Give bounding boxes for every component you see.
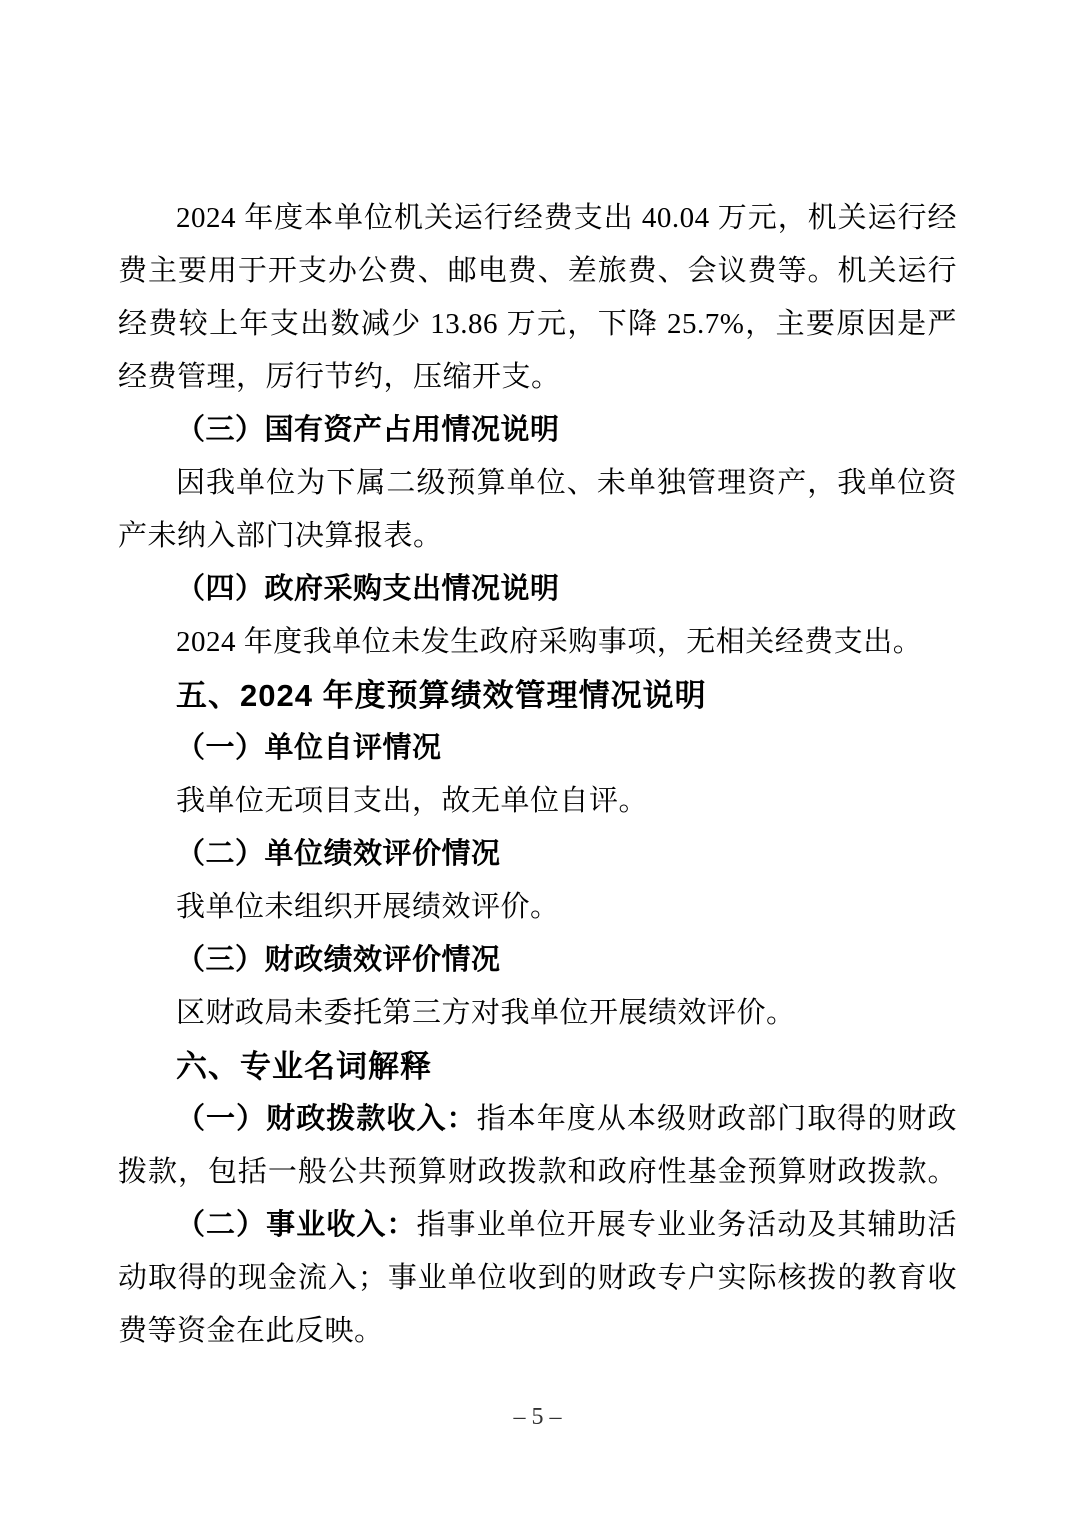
text-line: 我单位未组织开展绩效评价。: [118, 881, 957, 934]
subheading-state-assets: （三）国有资产占用情况说明: [118, 404, 957, 457]
text-line: 产未纳入部门决算报表。: [118, 510, 957, 563]
page-number: – 5 –: [514, 1404, 562, 1430]
text-line: 我单位无项目支出，故无单位自评。: [118, 775, 957, 828]
text-line: 经费管理，厉行节约，压缩开支。: [118, 351, 957, 404]
text-line: 拨款，包括一般公共预算财政拨款和政府性基金预算财政拨款。: [118, 1146, 957, 1199]
page-footer: – 5 –: [0, 1402, 1075, 1432]
term-definition-fiscal-appropriation: （一）财政拨款收入：指本年度从本级财政部门取得的财政: [118, 1093, 957, 1146]
text-line: 动取得的现金流入；事业单位收到的财政专户实际核拨的教育收: [118, 1252, 957, 1305]
text-line: 经费较上年支出数减少 13.86 万元，下降 25.7%，主要原因是严格: [118, 298, 957, 351]
term-label: （一）财政拨款收入：: [176, 1103, 477, 1135]
document-page: 2024 年度本单位机关运行经费支出 40.04 万元，机关运行经 费主要用于开…: [0, 0, 1075, 1520]
document-body: 2024 年度本单位机关运行经费支出 40.04 万元，机关运行经 费主要用于开…: [118, 192, 957, 1358]
term-definition-business-income: （二）事业收入：指事业单位开展专业业务活动及其辅助活: [118, 1199, 957, 1252]
subheading-fiscal-performance-evaluation: （三）财政绩效评价情况: [118, 934, 957, 987]
heading-section-six: 六、专业名词解释: [118, 1040, 957, 1093]
term-text: 指事业单位开展专业业务活动及其辅助活: [416, 1209, 957, 1241]
subheading-self-evaluation: （一）单位自评情况: [118, 722, 957, 775]
text-line: 2024 年度我单位未发生政府采购事项，无相关经费支出。: [118, 616, 957, 669]
term-text: 指本年度从本级财政部门取得的财政: [477, 1103, 957, 1135]
subheading-unit-performance-evaluation: （二）单位绩效评价情况: [118, 828, 957, 881]
heading-section-five: 五、2024 年度预算绩效管理情况说明: [118, 669, 957, 722]
text-line: 区财政局未委托第三方对我单位开展绩效评价。: [118, 987, 957, 1040]
text-line: 费主要用于开支办公费、邮电费、差旅费、会议费等。机关运行: [118, 245, 957, 298]
subheading-gov-procurement: （四）政府采购支出情况说明: [118, 563, 957, 616]
text-line: 2024 年度本单位机关运行经费支出 40.04 万元，机关运行经: [118, 192, 957, 245]
term-label: （二）事业收入：: [176, 1209, 416, 1241]
text-line: 因我单位为下属二级预算单位、未单独管理资产，我单位资: [118, 457, 957, 510]
text-line: 费等资金在此反映。: [118, 1305, 957, 1358]
